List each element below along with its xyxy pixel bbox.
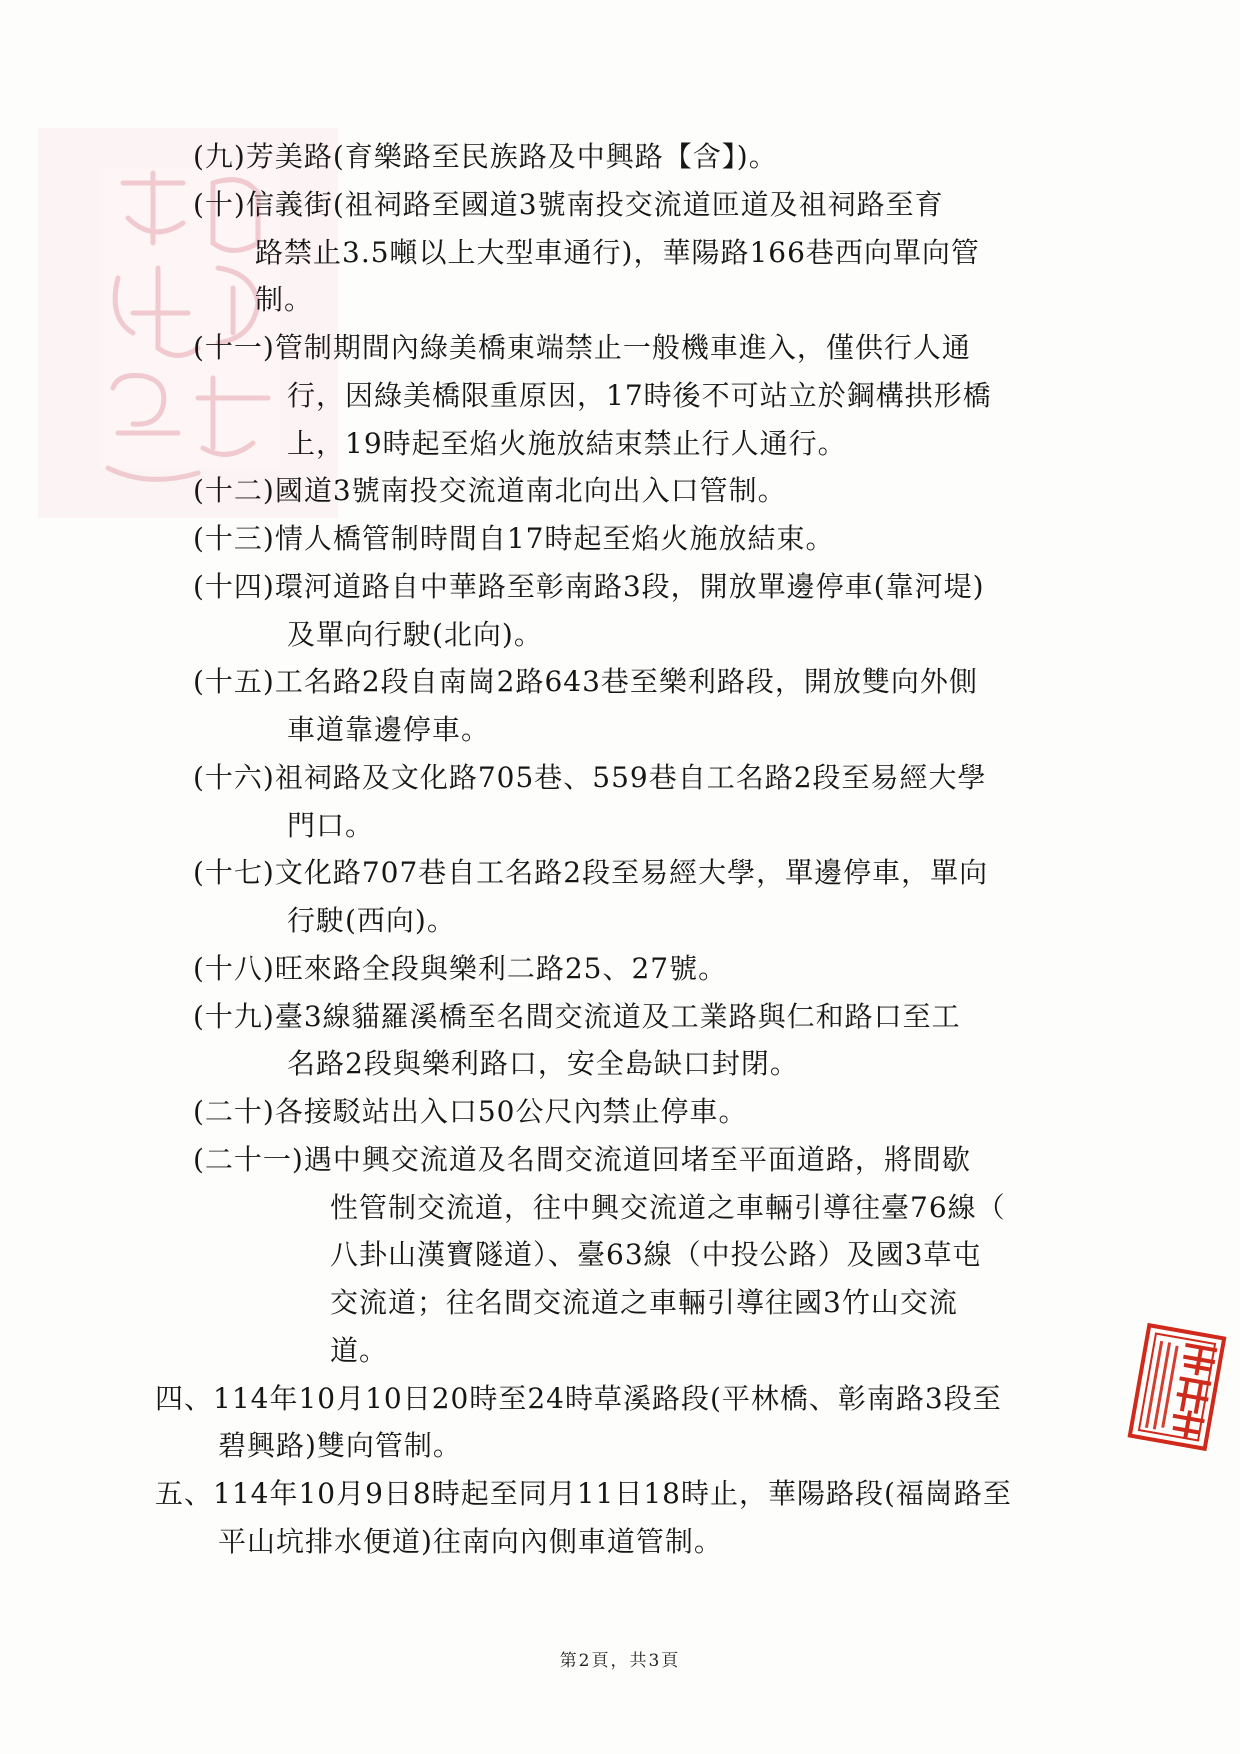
text-line: 路禁止3.5噸以上大型車通行)，華陽路166巷西向單向管 bbox=[0, 229, 1240, 277]
text-line: (十一)管制期間內綠美橋東端禁止一般機車進入，僅供行人通 bbox=[0, 324, 1240, 372]
text-line: 名路2段與樂利路口，安全島缺口封閉。 bbox=[0, 1040, 1240, 1088]
text-line: 車道靠邊停車。 bbox=[0, 706, 1240, 754]
text-line: 制。 bbox=[0, 276, 1240, 324]
text-line: (十五)工名路2段自南崗2路643巷至樂利路段，開放雙向外側 bbox=[0, 658, 1240, 706]
text-line: 行，因綠美橋限重原因，17時後不可站立於鋼構拱形橋 bbox=[0, 372, 1240, 420]
document-page: (九)芳美路(育樂路至民族路及中興路【含】)。(十)信義街(祖祠路至國道3號南投… bbox=[0, 0, 1240, 1754]
text-line: 性管制交流道，往中興交流道之車輛引導往臺76線（ bbox=[0, 1184, 1240, 1232]
text-line: 道。 bbox=[0, 1327, 1240, 1375]
text-line: 門口。 bbox=[0, 802, 1240, 850]
text-line: (二十一)遇中興交流道及名間交流道回堵至平面道路，將間歇 bbox=[0, 1136, 1240, 1184]
text-line: 行駛(西向)。 bbox=[0, 897, 1240, 945]
text-line: (十)信義街(祖祠路至國道3號南投交流道匝道及祖祠路至育 bbox=[0, 181, 1240, 229]
text-line: (十九)臺3線貓羅溪橋至名間交流道及工業路與仁和路口至工 bbox=[0, 993, 1240, 1041]
text-line: (二十)各接駁站出入口50公尺內禁止停車。 bbox=[0, 1088, 1240, 1136]
text-line: 上，19時起至焰火施放結束禁止行人通行。 bbox=[0, 420, 1240, 468]
text-line: 及單向行駛(北向)。 bbox=[0, 611, 1240, 659]
text-line: 平山坑排水便道)往南向內側車道管制。 bbox=[0, 1518, 1240, 1566]
text-line: (十四)環河道路自中華路至彰南路3段，開放單邊停車(靠河堤) bbox=[0, 563, 1240, 611]
text-line: 四、114年10月10日20時至24時草溪路段(平林橋、彰南路3段至 bbox=[0, 1375, 1240, 1423]
text-line: (十七)文化路707巷自工名路2段至易經大學，單邊停車，單向 bbox=[0, 849, 1240, 897]
text-line: (十六)祖祠路及文化路705巷、559巷自工名路2段至易經大學 bbox=[0, 754, 1240, 802]
text-line: (十二)國道3號南投交流道南北向出入口管制。 bbox=[0, 467, 1240, 515]
text-line: 八卦山漢寶隧道）、臺63線（中投公路）及國3草屯 bbox=[0, 1231, 1240, 1279]
text-line: (九)芳美路(育樂路至民族路及中興路【含】)。 bbox=[0, 133, 1240, 181]
document-body: (九)芳美路(育樂路至民族路及中興路【含】)。(十)信義街(祖祠路至國道3號南投… bbox=[0, 133, 1240, 1566]
text-line: 交流道；往名間交流道之車輛引導往國3竹山交流 bbox=[0, 1279, 1240, 1327]
text-line: 五、114年10月9日8時起至同月11日18時止，華陽路段(福崗路至 bbox=[0, 1470, 1240, 1518]
text-line: 碧興路)雙向管制。 bbox=[0, 1422, 1240, 1470]
page-footer: 第2頁，共3頁 bbox=[0, 1646, 1240, 1671]
text-line: (十八)旺來路全段與樂利二路25、27號。 bbox=[0, 945, 1240, 993]
text-line: (十三)情人橋管制時間自17時起至焰火施放結束。 bbox=[0, 515, 1240, 563]
